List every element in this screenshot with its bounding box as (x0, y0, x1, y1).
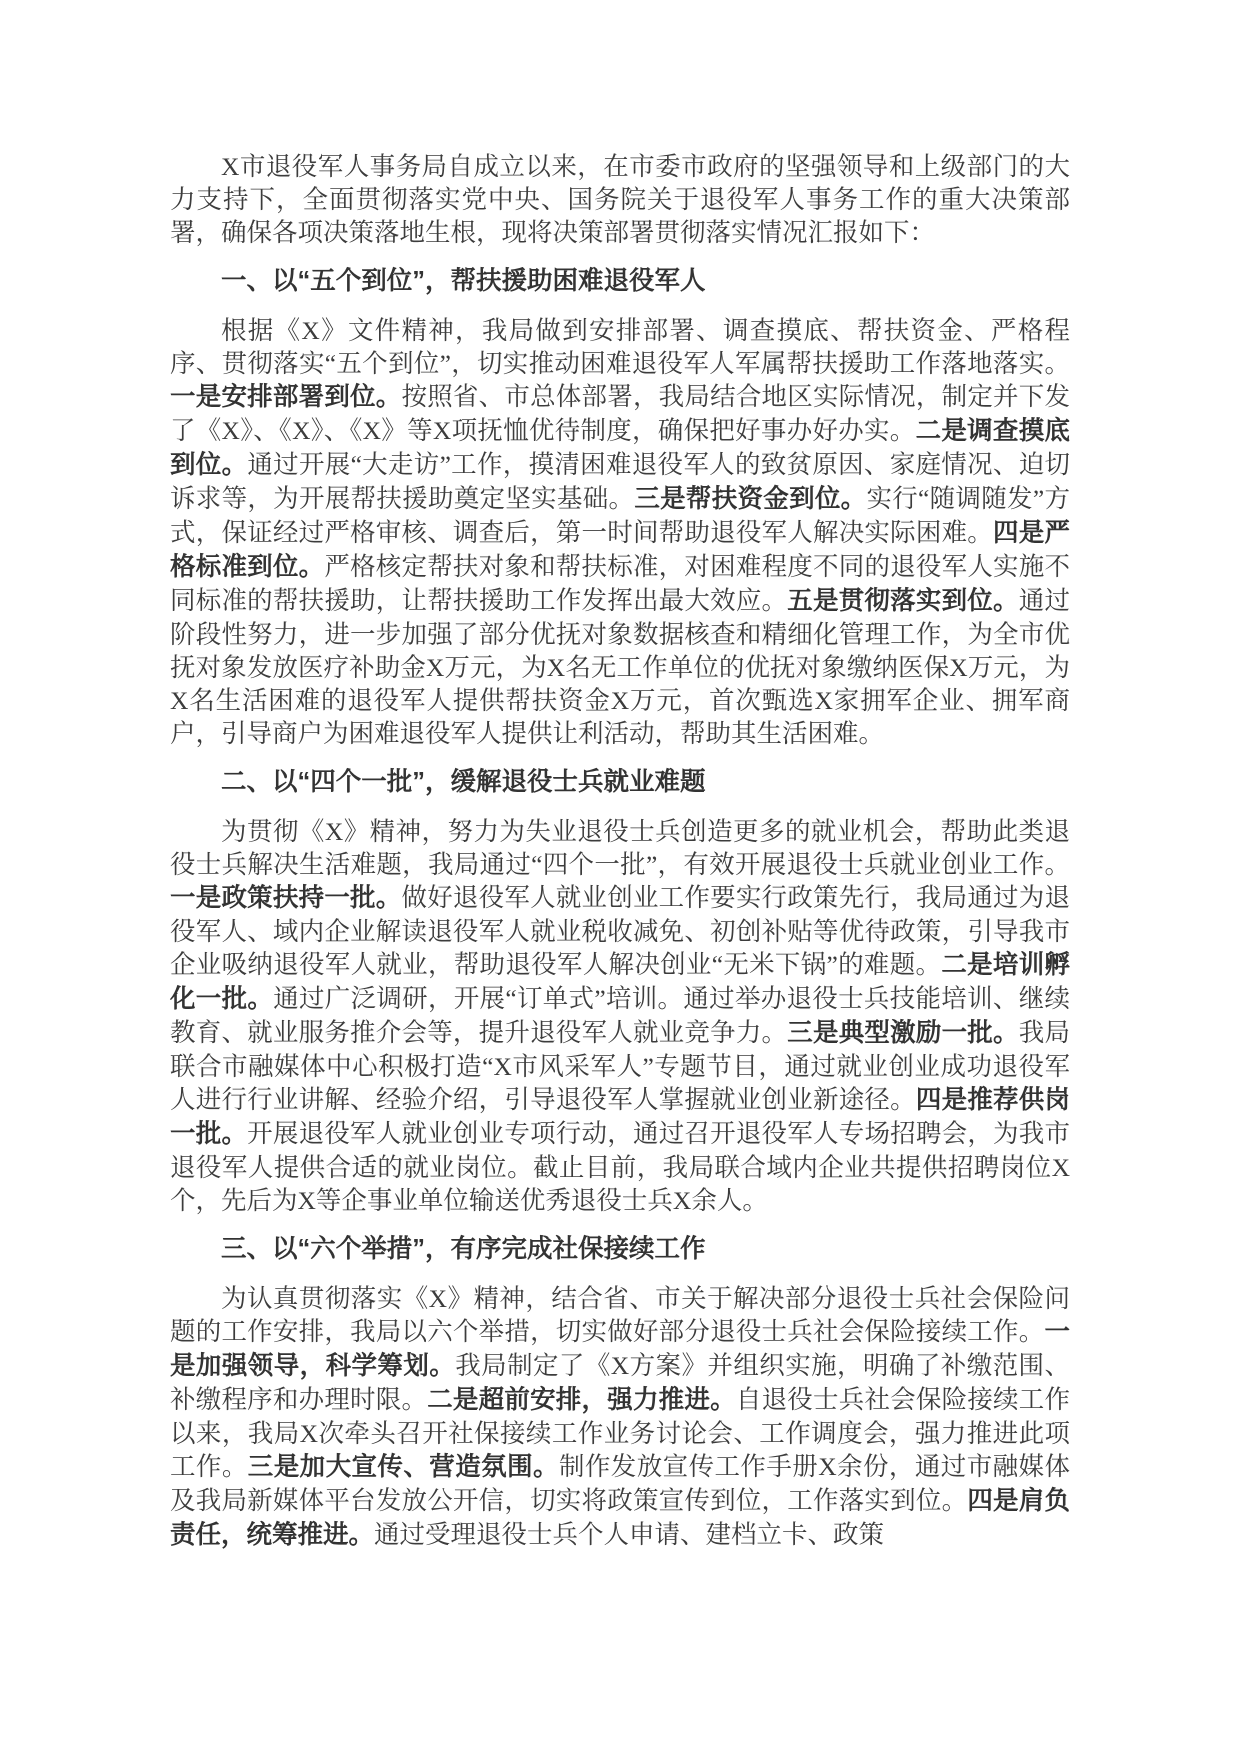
text-run: 通过受理退役士兵个人申请、建档立卡、政策 (374, 1520, 884, 1549)
section-3-paragraph: 为认真贯彻落实《X》精神，结合省、市关于解决部分退役士兵社会保险问题的工作安排，… (170, 1282, 1070, 1552)
bold-text-run: 五是贯彻落实到位。 (787, 587, 1018, 615)
section-1-heading: 一、以“五个到位”，帮扶援助困难退役军人 (170, 265, 1070, 298)
document-page: X市退役军人事务局自成立以来，在市委市政府的坚强领导和上级部门的大力支持下，全面… (0, 0, 1240, 1754)
text-run: 为贯彻《X》精神，努力为失业退役士兵创造更多的就业机会，帮助此类退役士兵解决生活… (170, 817, 1070, 879)
text-run: 根据《X》文件精神，我局做到安排部署、调查摸底、帮扶资金、严格程序、贯彻落实“五… (170, 316, 1070, 378)
section-1-paragraph: 根据《X》文件精神，我局做到安排部署、调查摸底、帮扶资金、严格程序、贯彻落实“五… (170, 314, 1070, 750)
text-run: 开展退役军人就业创业专项行动，通过召开退役军人专场招聘会，为我市退役军人提供合适… (170, 1119, 1070, 1215)
section-2-heading: 二、以“四个一批”，缓解退役士兵就业难题 (170, 766, 1070, 799)
section-3-heading: 三、以“六个举措”，有序完成社保接续工作 (170, 1233, 1070, 1266)
bold-text-run: 二是超前安排，强力推进。 (427, 1386, 736, 1414)
text-run: X市退役军人事务局自成立以来，在市委市政府的坚强领导和上级部门的大力支持下，全面… (170, 152, 1070, 247)
bold-text-run: 三是加大宣传、营造氛围。 (248, 1453, 559, 1481)
bold-text-run: 三是帮扶资金到位。 (634, 485, 866, 513)
bold-text-run: 一是政策扶持一批。 (170, 884, 401, 912)
text-run: 为认真贯彻落实《X》精神，结合省、市关于解决部分退役士兵社会保险问题的工作安排，… (170, 1284, 1070, 1346)
bold-text-run: 三是典型激励一批。 (787, 1019, 1018, 1047)
section-2-paragraph: 为贯彻《X》精神，努力为失业退役士兵创造更多的就业机会，帮助此类退役士兵解决生活… (170, 815, 1070, 1217)
intro-paragraph: X市退役军人事务局自成立以来，在市委市政府的坚强领导和上级部门的大力支持下，全面… (170, 150, 1070, 249)
bold-text-run: 一是安排部署到位。 (170, 383, 401, 411)
